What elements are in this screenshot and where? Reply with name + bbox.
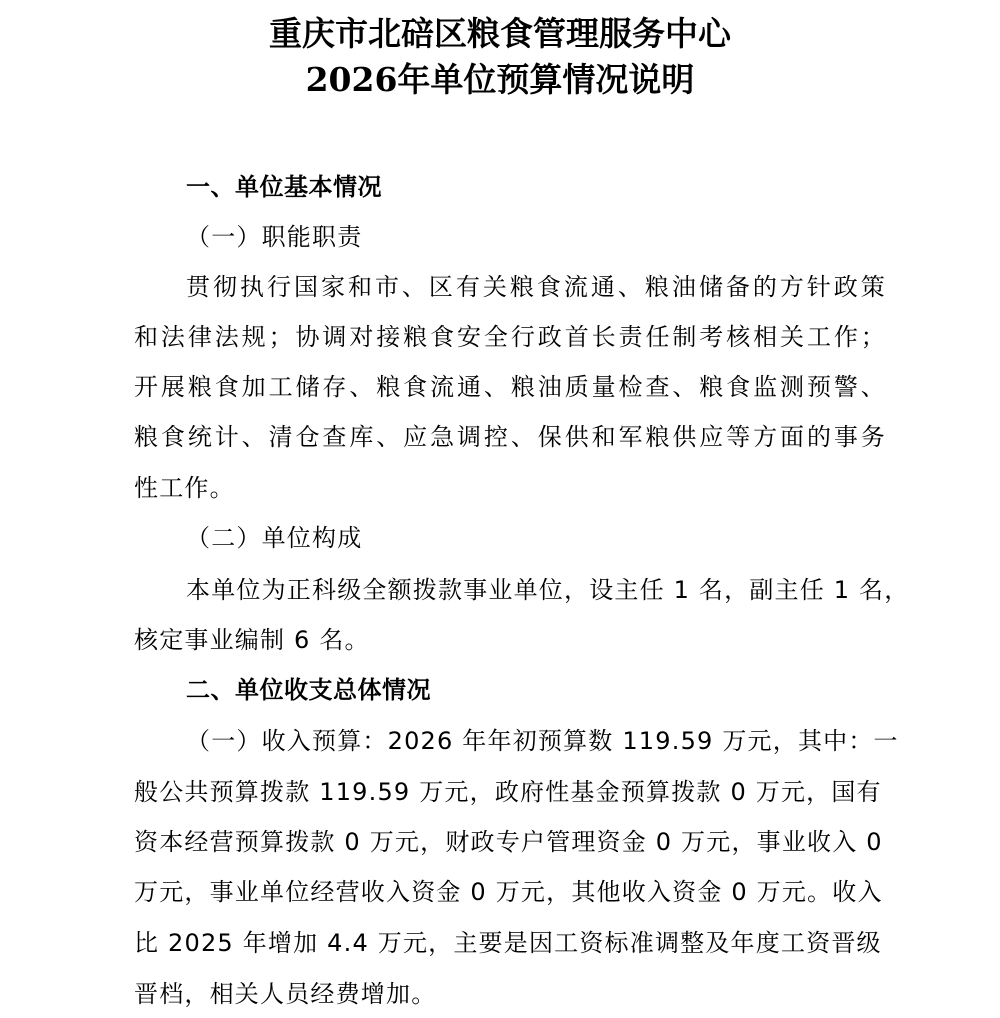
subsection-heading-composition: （二）单位构成 [186, 522, 362, 554]
paragraph-line: 比 2025 年增加 4.4 万元，主要是因工资标准调整及年度工资晋级 [134, 927, 878, 959]
section-heading-income-expenditure: 二、单位收支总体情况 [186, 674, 431, 706]
paragraph-line: 本单位为正科级全额拨款事业单位，设主任 1 名，副主任 1 名， [186, 574, 888, 606]
paragraph-line: 晋档，相关人员经费增加。 [134, 978, 436, 1010]
paragraph-line: （一）收入预算：2026 年年初预算数 119.59 万元，其中：一 [186, 725, 878, 757]
paragraph-line: 万元，事业单位经营收入资金 0 万元，其他收入资金 0 万元。收入 [134, 876, 878, 908]
paragraph-line: 和法律法规；协调对接粮食安全行政首长责任制考核相关工作； [134, 321, 886, 353]
paragraph-line: 核定事业编制 6 名。 [134, 624, 370, 656]
paragraph-line: 资本经营预算拨款 0 万元，财政专户管理资金 0 万元，事业收入 0 [134, 826, 878, 858]
paragraph-line: 般公共预算拨款 119.59 万元，政府性基金预算拨款 0 万元，国有 [134, 776, 878, 808]
paragraph-line: 性工作。 [134, 472, 235, 504]
document-title-line1: 重庆市北碚区粮食管理服务中心 [0, 12, 1000, 56]
subsection-heading-functions: （一）职能职责 [186, 221, 362, 253]
paragraph-line: 粮食统计、清仓查库、应急调控、保供和军粮供应等方面的事务 [134, 421, 886, 453]
document-title-line2: 2026年单位预算情况说明 [0, 58, 1000, 102]
section-heading-basic-info: 一、单位基本情况 [186, 171, 382, 203]
paragraph-line: 开展粮食加工储存、粮食流通、粮油质量检查、粮食监测预警、 [134, 371, 886, 403]
paragraph-line: 贯彻执行国家和市、区有关粮食流通、粮油储备的方针政策 [186, 271, 886, 303]
